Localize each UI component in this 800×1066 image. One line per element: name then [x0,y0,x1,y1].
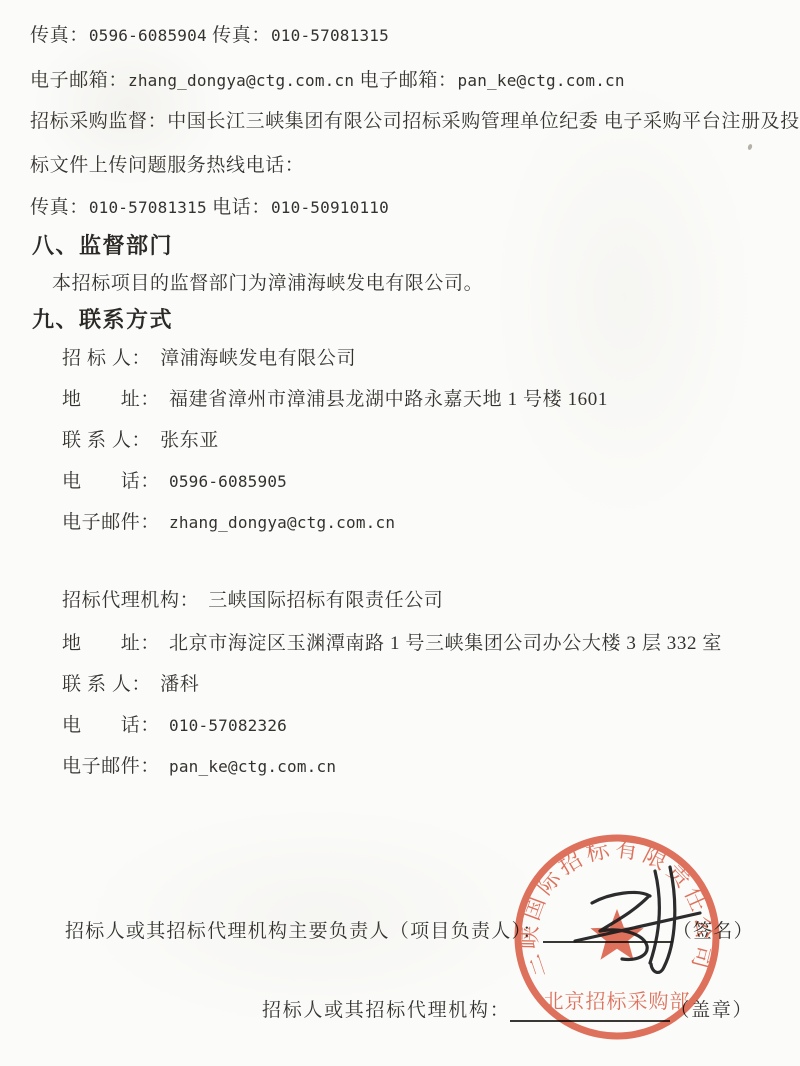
supervision-hotline-line-1: 招标采购监督：中国长江三峡集团有限公司招标采购管理单位纪委 电子采购平台注册及投 [30,108,800,136]
agency-name-value: 三峡国际招标有限责任公司 [208,587,443,615]
fax-number-1: 0596-6085904 [89,26,207,45]
fax-label-2: 传真： [207,25,271,46]
agency-address-row: 地 址：北京市海淀区玉渊潭南路 1 号三峡集团公司办公大楼 3 层 332 室 [62,630,722,658]
fax-phone-line: 传真：010-57081315 电话：010-50910110 [30,194,389,222]
supervision-hotline-line-2: 标文件上传问题服务热线电话： [30,152,304,180]
tenderer-name-value: 漳浦海峡发电有限公司 [160,345,356,373]
tenderer-address-label: 地 址： [62,386,160,414]
fax-number-3: 010-57081315 [89,198,207,217]
tenderer-email-value: zhang_dongya@ctg.com.cn [169,509,395,537]
phone-label: 电话： [207,197,271,218]
email-label-2: 电子邮箱： [354,70,457,91]
agency-address-value: 北京市海淀区玉渊潭南路 1 号三峡集团公司办公大楼 3 层 332 室 [169,630,722,658]
section-8-body: 本招标项目的监督部门为漳浦海峡发电有限公司。 [52,270,483,298]
agency-phone-label: 电 话： [62,712,160,740]
tenderer-contact-row: 联 系 人：张东亚 [62,427,219,455]
tenderer-address-row: 地 址：福建省漳州市漳浦县龙湖中路永嘉天地 1 号楼 1601 [62,386,608,414]
agency-name-label: 招标代理机构： [62,587,199,615]
agency-email-value: pan_ke@ctg.com.cn [169,753,336,781]
handwritten-signature [548,852,713,977]
email-address-2: pan_ke@ctg.com.cn [458,71,625,90]
section-9-heading: 九、联系方式 [32,304,173,336]
fax-label-3: 传真： [30,197,89,218]
fax-label-1: 传真： [30,25,89,46]
tenderer-contact-label: 联 系 人： [62,427,151,455]
email-label-1: 电子邮箱： [30,70,128,91]
tenderer-phone-value: 0596-6085905 [169,468,287,496]
agency-phone-value: 010-57082326 [169,712,287,740]
agency-contact-value: 潘科 [160,671,199,699]
tenderer-name-label: 招 标 人： [62,345,151,373]
tenderer-address-value: 福建省漳州市漳浦县龙湖中路永嘉天地 1 号楼 1601 [169,386,608,414]
agency-address-label: 地 址： [62,630,160,658]
principal-signature-label: 招标人或其招标代理机构主要负责人（项目负责人）： [65,921,543,942]
agency-contact-label: 联 系 人： [62,671,151,699]
seal-department-text: 北京招标采购部 [544,990,691,1013]
scanned-tender-document-page: 传真：0596-6085904 传真：010-57081315 电子邮箱：zha… [0,0,800,1066]
agency-email-row: 电子邮件：pan_ke@ctg.com.cn [62,753,336,781]
fax-line-1: 传真：0596-6085904 传真：010-57081315 [30,22,389,50]
section-8-heading: 八、监督部门 [32,230,173,262]
phone-number: 010-50910110 [271,198,389,217]
tenderer-name-row: 招 标 人：漳浦海峡发电有限公司 [62,345,356,373]
agency-contact-row: 联 系 人：潘科 [62,671,199,699]
fax-number-2: 010-57081315 [271,26,389,45]
agency-stamp-label: 招标人或其招标代理机构： [262,1000,510,1021]
tenderer-phone-label: 电 话： [62,468,160,496]
agency-phone-row: 电 话：010-57082326 [62,712,287,740]
tenderer-contact-value: 张东亚 [160,427,219,455]
tenderer-email-row: 电子邮件：zhang_dongya@ctg.com.cn [62,509,395,537]
scan-speck [747,143,753,150]
tenderer-email-label: 电子邮件： [62,509,160,537]
agency-email-label: 电子邮件： [62,753,160,781]
agency-name-row: 招标代理机构：三峡国际招标有限责任公司 [62,587,443,615]
tenderer-phone-row: 电 话：0596-6085905 [62,468,287,496]
email-address-1: zhang_dongya@ctg.com.cn [128,71,354,90]
email-line: 电子邮箱：zhang_dongya@ctg.com.cn 电子邮箱：pan_ke… [30,67,625,95]
